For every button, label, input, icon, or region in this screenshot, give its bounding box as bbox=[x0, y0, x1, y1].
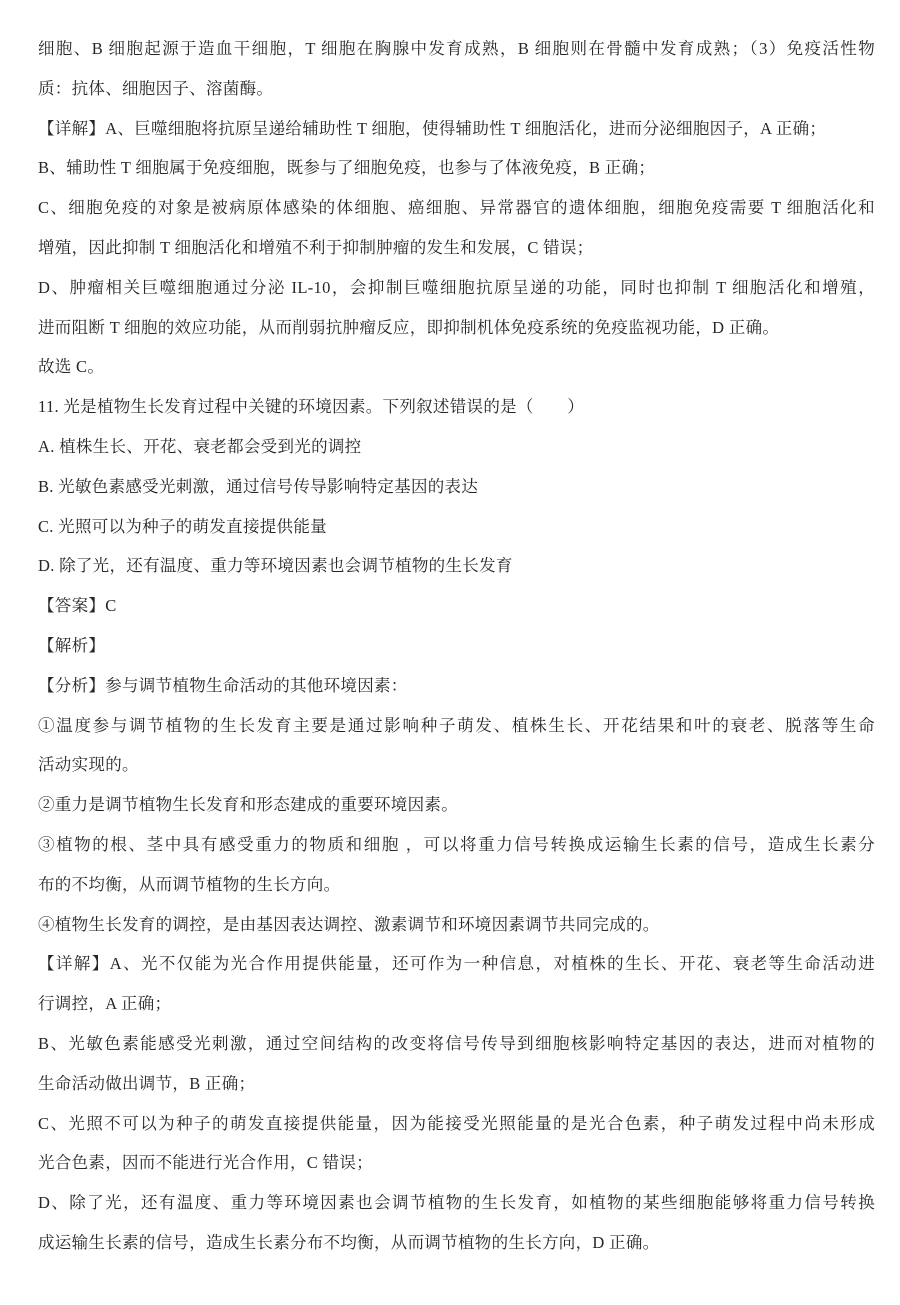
text-line: B、辅助性 T 细胞属于免疫细胞，既参与了细胞免疫，也参与了体液免疫，B 正确； bbox=[38, 148, 875, 188]
text-line: ④植物生长发育的调控，是由基因表达调控、激素调节和环境因素调节共同完成的。 bbox=[38, 905, 875, 945]
question-11-option-d: D. 除了光，还有温度、重力等环境因素也会调节植物的生长发育 bbox=[38, 546, 875, 586]
text-line: 【分析】参与调节植物生命活动的其他环境因素： bbox=[38, 666, 875, 706]
question-11-stem: 11. 光是植物生长发育过程中关键的环境因素。下列叙述错误的是（ ） bbox=[38, 387, 875, 427]
text-line: 光合色素，因而不能进行光合作用，C 错误； bbox=[38, 1143, 875, 1183]
document-page: 细胞、B 细胞起源于造血干细胞，T 细胞在胸腺中发育成熟，B 细胞则在骨髓中发育… bbox=[0, 0, 900, 1305]
text-line: 活动实现的。 bbox=[38, 745, 875, 785]
detail-10-option-b: B、辅助性 T 细胞属于免疫细胞，既参与了细胞免疫，也参与了体液免疫，B 正确； bbox=[38, 148, 875, 188]
text-line: B. 光敏色素感受光刺激，通过信号传导影响特定基因的表达 bbox=[38, 467, 875, 507]
text-line: 11. 光是植物生长发育过程中关键的环境因素。下列叙述错误的是（ ） bbox=[38, 387, 875, 427]
text-line: C、细胞免疫的对象是被病原体感染的体细胞、癌细胞、异常器官的遗体细胞，细胞免疫需… bbox=[38, 188, 875, 228]
text-line: 【详解】A、巨噬细胞将抗原呈递给辅助性 T 细胞，使得辅助性 T 细胞活化，进而… bbox=[38, 109, 875, 149]
conclusion-10: 故选 C。 bbox=[38, 347, 875, 387]
document-body: 细胞、B 细胞起源于造血干细胞，T 细胞在胸腺中发育成熟，B 细胞则在骨髓中发育… bbox=[38, 29, 875, 1263]
analysis-point-4: ④植物生长发育的调控，是由基因表达调控、激素调节和环境因素调节共同完成的。 bbox=[38, 905, 875, 945]
detail-10-option-c: C、细胞免疫的对象是被病原体感染的体细胞、癌细胞、异常器官的遗体细胞，细胞免疫需… bbox=[38, 188, 875, 268]
text-line: C、光照不可以为种子的萌发直接提供能量，因为能接受光照能量的是光合色素，种子萌发… bbox=[38, 1104, 875, 1144]
detail-11-option-a: 【详解】A、光不仅能为光合作用提供能量，还可作为一种信息，对植株的生长、开花、衰… bbox=[38, 944, 875, 1024]
text-line: B、光敏色素能感受光刺激，通过空间结构的改变将信号传导到细胞核影响特定基因的表达… bbox=[38, 1024, 875, 1064]
detail-10-option-d: D、肿瘤相关巨噬细胞通过分泌 IL-10，会抑制巨噬细胞抗原呈递的功能，同时也抑… bbox=[38, 268, 875, 348]
question-11-option-a: A. 植株生长、开花、衰老都会受到光的调控 bbox=[38, 427, 875, 467]
analysis-point-2: ②重力是调节植物生长发育和形态建成的重要环境因素。 bbox=[38, 785, 875, 825]
jiexi-label: 【解析】 bbox=[38, 626, 875, 666]
question-11-option-b: B. 光敏色素感受光刺激，通过信号传导影响特定基因的表达 bbox=[38, 467, 875, 507]
text-line: C. 光照可以为种子的萌发直接提供能量 bbox=[38, 507, 875, 547]
text-line: 行调控，A 正确； bbox=[38, 984, 875, 1024]
text-line: 【详解】A、光不仅能为光合作用提供能量，还可作为一种信息，对植株的生长、开花、衰… bbox=[38, 944, 875, 984]
text-line: 故选 C。 bbox=[38, 347, 875, 387]
text-line: 质：抗体、细胞因子、溶菌酶。 bbox=[38, 69, 875, 109]
text-line: 生命活动做出调节，B 正确； bbox=[38, 1064, 875, 1104]
text-line: 细胞、B 细胞起源于造血干细胞，T 细胞在胸腺中发育成熟，B 细胞则在骨髓中发育… bbox=[38, 29, 875, 69]
text-line: D、除了光，还有温度、重力等环境因素也会调节植物的生长发育，如植物的某些细胞能够… bbox=[38, 1183, 875, 1223]
text-line: 【答案】C bbox=[38, 586, 875, 626]
text-line: 成运输生长素的信号，造成生长素分布不均衡，从而调节植物的生长方向，D 正确。 bbox=[38, 1223, 875, 1263]
detail-10-option-a: 【详解】A、巨噬细胞将抗原呈递给辅助性 T 细胞，使得辅助性 T 细胞活化，进而… bbox=[38, 109, 875, 149]
text-line: 【解析】 bbox=[38, 626, 875, 666]
text-line: D、肿瘤相关巨噬细胞通过分泌 IL-10，会抑制巨噬细胞抗原呈递的功能，同时也抑… bbox=[38, 268, 875, 308]
prev-answer-continuation: 细胞、B 细胞起源于造血干细胞，T 细胞在胸腺中发育成熟，B 细胞则在骨髓中发育… bbox=[38, 29, 875, 109]
text-line: D. 除了光，还有温度、重力等环境因素也会调节植物的生长发育 bbox=[38, 546, 875, 586]
answer-11: 【答案】C bbox=[38, 586, 875, 626]
detail-11-option-d: D、除了光，还有温度、重力等环境因素也会调节植物的生长发育，如植物的某些细胞能够… bbox=[38, 1183, 875, 1263]
text-line: A. 植株生长、开花、衰老都会受到光的调控 bbox=[38, 427, 875, 467]
analysis-intro: 【分析】参与调节植物生命活动的其他环境因素： bbox=[38, 666, 875, 706]
analysis-point-1: ①温度参与调节植物的生长发育主要是通过影响种子萌发、植株生长、开花结果和叶的衰老… bbox=[38, 706, 875, 786]
text-line: ②重力是调节植物生长发育和形态建成的重要环境因素。 bbox=[38, 785, 875, 825]
text-line: 布的不均衡，从而调节植物的生长方向。 bbox=[38, 865, 875, 905]
text-line: 增殖，因此抑制 T 细胞活化和增殖不利于抑制肿瘤的发生和发展，C 错误； bbox=[38, 228, 875, 268]
text-line: 进而阻断 T 细胞的效应功能，从而削弱抗肿瘤反应，即抑制机体免疫系统的免疫监视功… bbox=[38, 308, 875, 348]
question-11-option-c: C. 光照可以为种子的萌发直接提供能量 bbox=[38, 507, 875, 547]
analysis-point-3: ③植物的根、茎中具有感受重力的物质和细胞 ，可以将重力信号转换成运输生长素的信号… bbox=[38, 825, 875, 905]
text-line: ①温度参与调节植物的生长发育主要是通过影响种子萌发、植株生长、开花结果和叶的衰老… bbox=[38, 706, 875, 746]
text-line: ③植物的根、茎中具有感受重力的物质和细胞 ，可以将重力信号转换成运输生长素的信号… bbox=[38, 825, 875, 865]
detail-11-option-b: B、光敏色素能感受光刺激，通过空间结构的改变将信号传导到细胞核影响特定基因的表达… bbox=[38, 1024, 875, 1104]
detail-11-option-c: C、光照不可以为种子的萌发直接提供能量，因为能接受光照能量的是光合色素，种子萌发… bbox=[38, 1104, 875, 1184]
